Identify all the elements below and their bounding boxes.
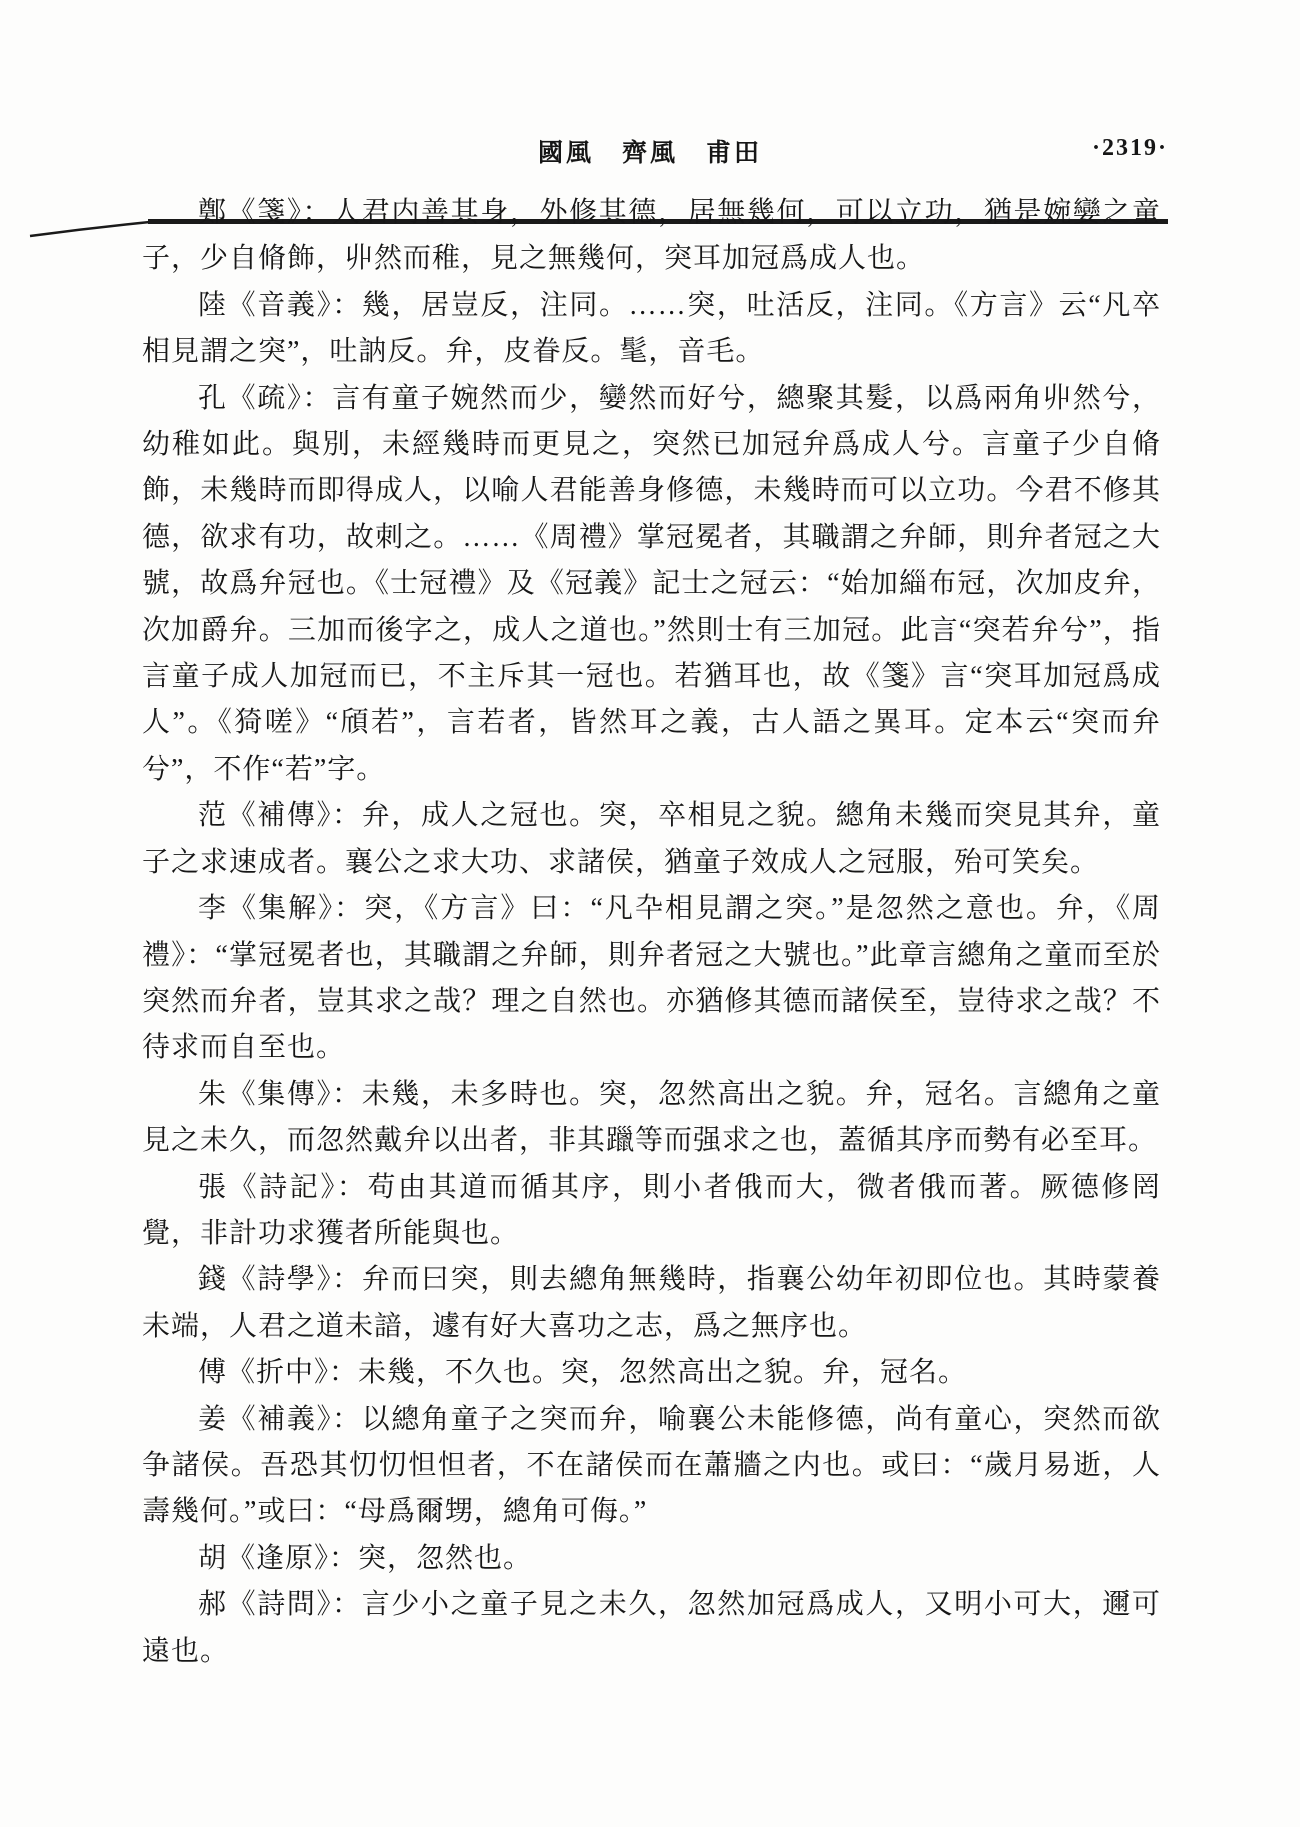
commentary-paragraph-zhu-jichuan: 朱《集傳》：未幾，未多時也。突，忽然高出之貌。弁，冠名。言總角之童見之未久，而忽… bbox=[142, 1072, 1161, 1165]
commentary-paragraph-hu-fengyuan: 胡《逢原》：突，忽然也。 bbox=[142, 1536, 1161, 1582]
commentary-paragraph-hao-shiwen: 郝《詩問》：言少小之童子見之未久，忽然加冠爲成人，又明小可大，邇可遠也。 bbox=[142, 1582, 1161, 1675]
commentary-paragraph-fu-zhezhong: 傅《折中》：未幾，不久也。突，忽然高出之貌。弁，冠名。 bbox=[142, 1350, 1161, 1396]
commentary-paragraph-zhang-shiji: 張《詩記》：苟由其道而循其序，則小者俄而大，微者俄而著。厥德修罔覺，非計功求獲者… bbox=[142, 1165, 1161, 1258]
commentary-paragraph-jiang-buyi: 姜《補義》：以總角童子之突而弁，喻襄公未能修德，尚有童心，突然而欲争諸侯。吾恐其… bbox=[142, 1397, 1161, 1536]
commentary-paragraph-fan-buchuan: 范《補傳》：弁，成人之冠也。突，卒相見之貌。總角未幾而突見其弁，童子之求速成者。… bbox=[142, 793, 1161, 886]
commentary-paragraph-zheng-jian: 鄭《箋》：人君内善其身，外修其德，居無幾何，可以立功，猶是婉孌之童子，少自脩飾，… bbox=[142, 190, 1161, 283]
book-page: 國風 齊風 甫田 ·2319· 鄭《箋》：人君内善其身，外修其德，居無幾何，可以… bbox=[0, 0, 1300, 1827]
commentary-paragraph-li-jijie: 李《集解》：突，《方言》曰：“凡卆相見謂之突。”是忽然之意也。弁，《周禮》：“掌… bbox=[142, 886, 1161, 1072]
commentary-text: 鄭《箋》：人君内善其身，外修其德，居無幾何，可以立功，猶是婉孌之童子，少自脩飾，… bbox=[142, 190, 1161, 1675]
commentary-paragraph-kong-shu: 孔《疏》：言有童子婉然而少，孌然而好兮，總聚其髮，以爲兩角丱然兮，幼稚如此。與別… bbox=[142, 376, 1161, 794]
commentary-paragraph-lu-yinyi: 陸《音義》：幾，居豈反，注同。……突，吐活反，注同。《方言》云“凡卒相見謂之突”… bbox=[142, 283, 1161, 376]
page-number: ·2319· bbox=[1058, 135, 1168, 162]
commentary-paragraph-qian-shixue: 錢《詩學》：弁而曰突，則去總角無幾時，指襄公幼年初即位也。其時蒙養未端，人君之道… bbox=[142, 1257, 1161, 1350]
